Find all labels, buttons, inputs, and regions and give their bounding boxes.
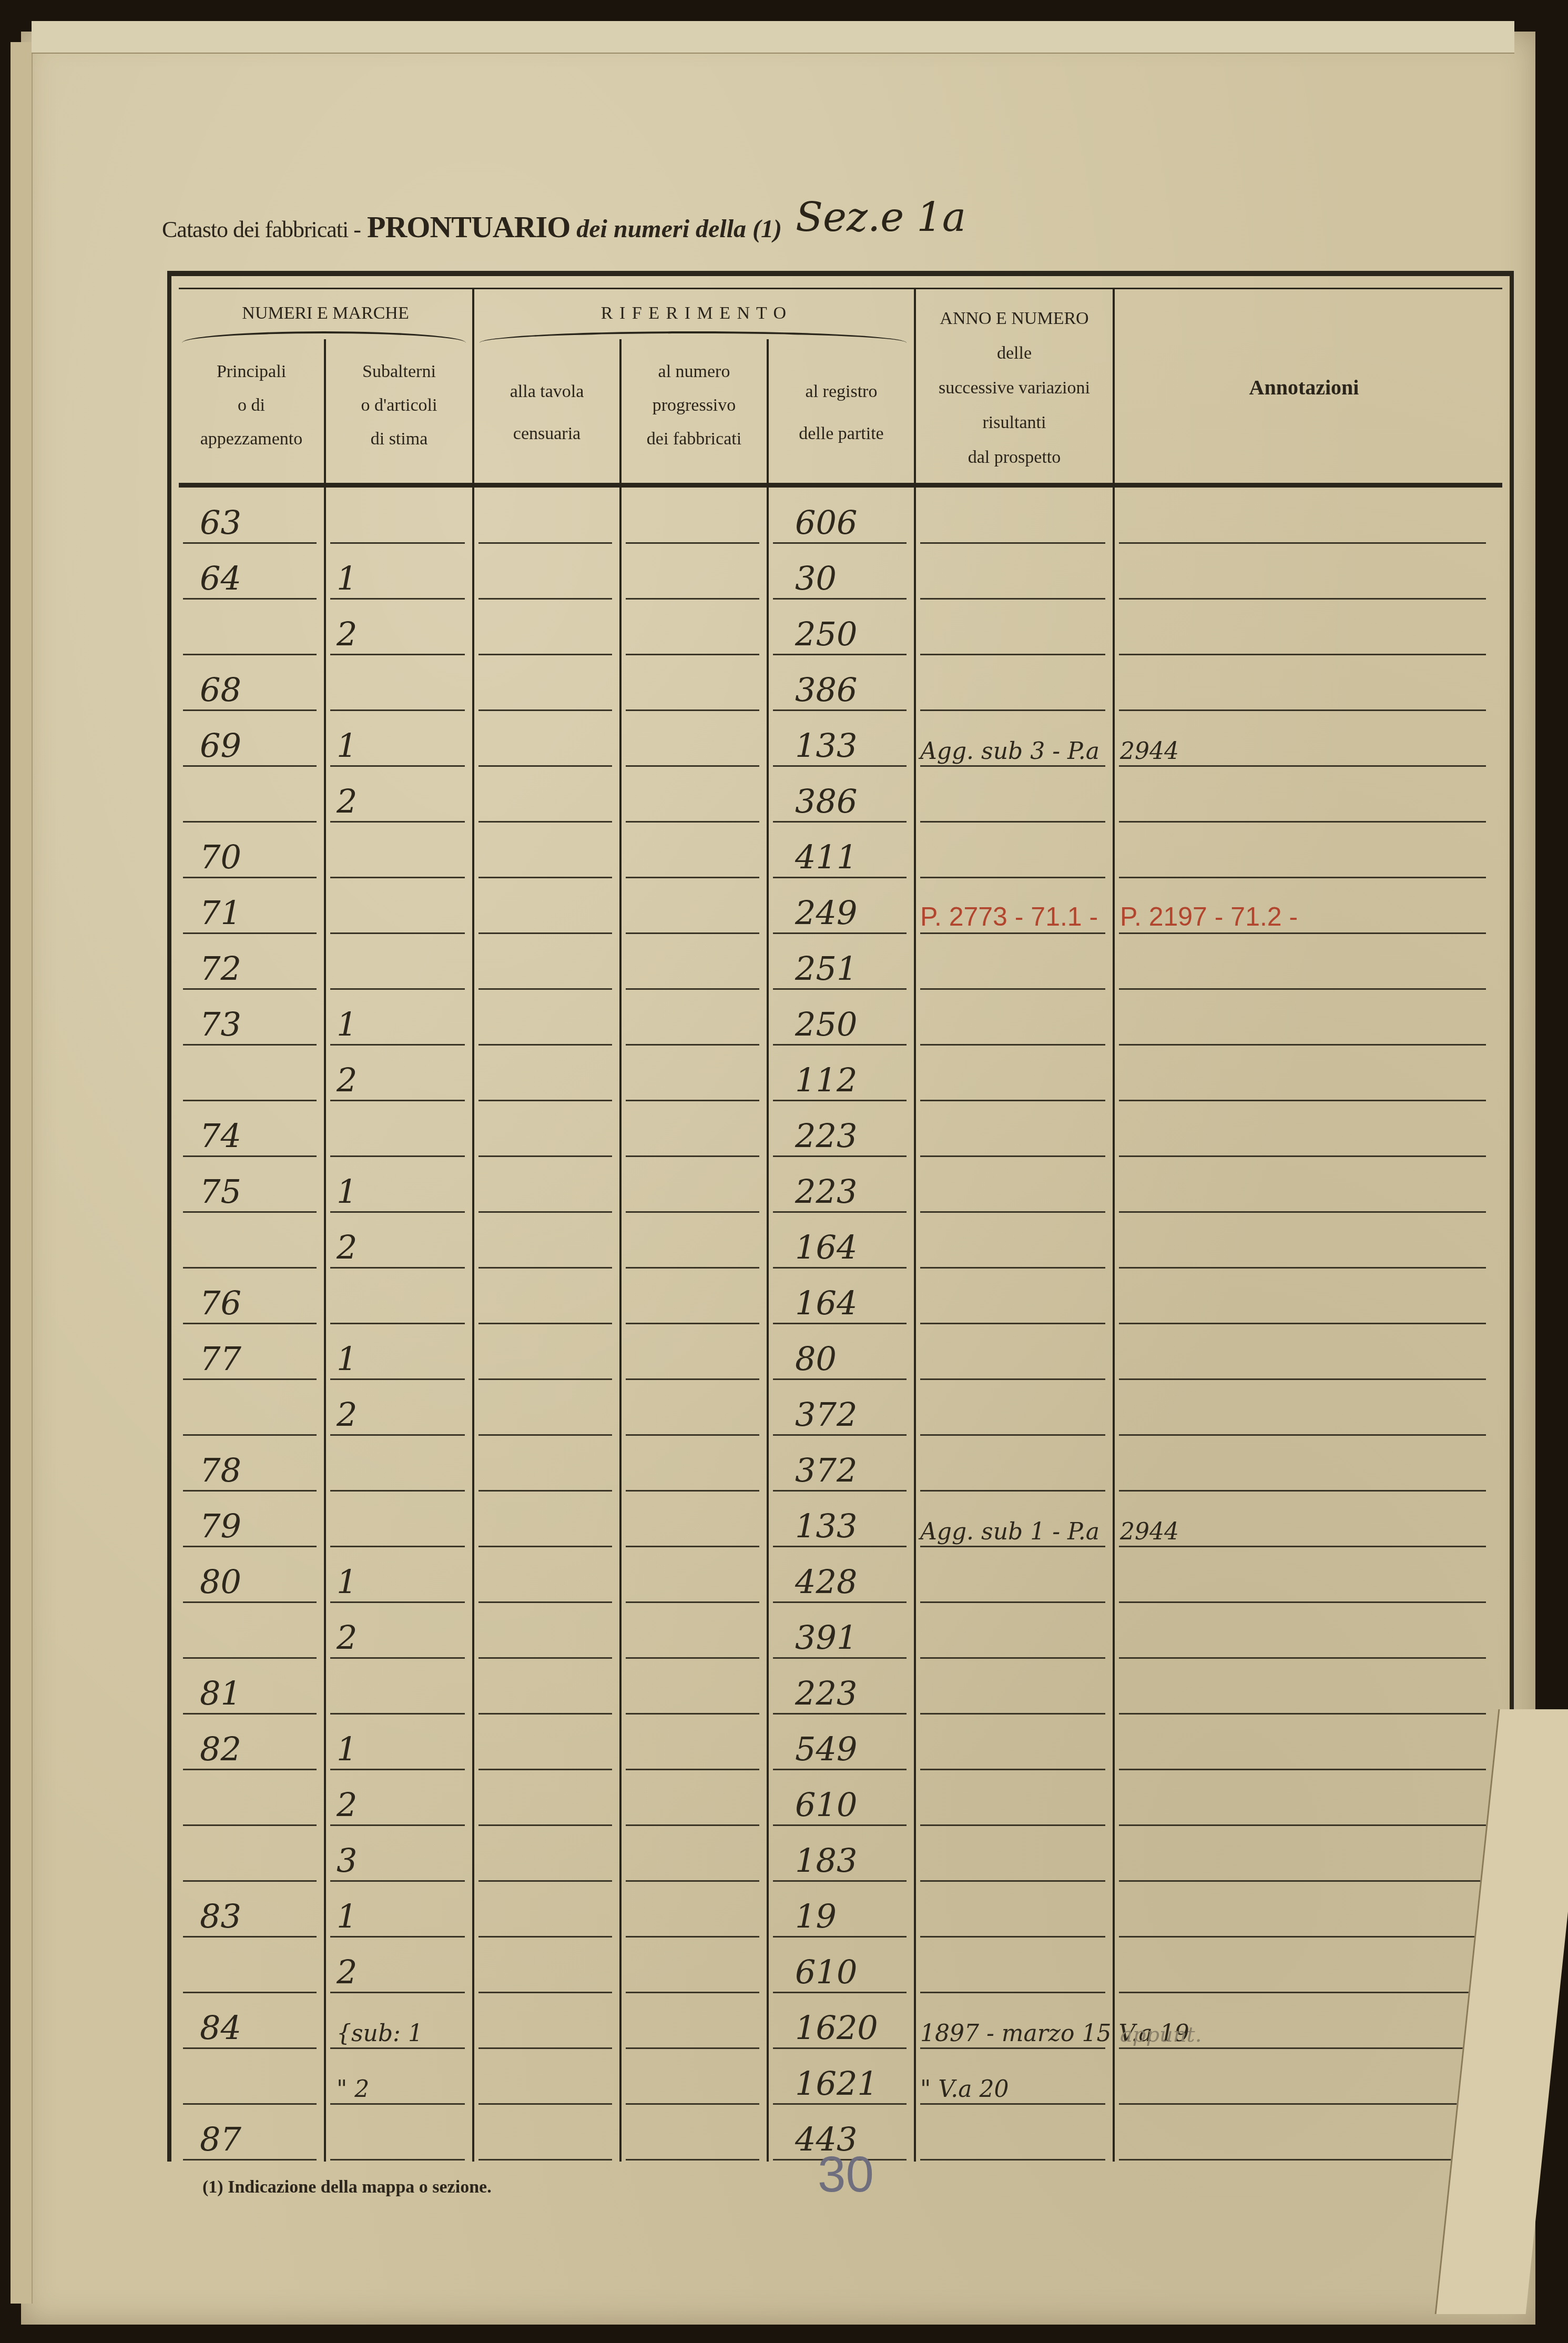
row-rule [1119,2159,1486,2161]
table-row: 72251 [171,934,1510,990]
cell-registro: 610 [795,1953,857,1991]
cell-registro: 250 [795,615,857,653]
cell-subalterni: 1 [337,1005,357,1043]
cell-principali: 72 [200,949,241,988]
page-stack-left-edge [11,42,33,2304]
row-rule [478,2159,612,2161]
cell-subalterni: 2 [337,1786,357,1824]
cell-registro: 250 [795,1005,857,1043]
cell-subalterni: 1 [337,1340,357,1378]
cell-subalterni: 1 [337,726,357,765]
cell-subalterni: 1 [337,1563,357,1601]
cell-registro: 1620 [795,2009,878,2047]
cell-registro: 164 [795,1284,857,1322]
cell-principali: 71 [200,894,241,932]
cell-subalterni: 2 [337,1395,357,1434]
cell-registro: 80 [795,1340,837,1378]
cell-registro: 223 [795,1674,857,1712]
table-row: 731250 [171,990,1510,1046]
cell-registro: 391 [795,1618,857,1657]
cell-registro: 606 [795,503,857,542]
cell-subalterni: {sub: 1 [337,2020,423,2047]
page-title: Catasto dei fabbricati - PRONTUARIO dei … [162,200,966,247]
table-row: 3183 [171,1826,1510,1882]
cell-principali: 80 [200,1563,241,1601]
table-row: 2164 [171,1213,1510,1269]
header-annotazioni: Annotazioni [1115,371,1493,404]
cell-principali: 64 [200,559,241,597]
table-row: 2386 [171,767,1510,823]
cell-subalterni: 1 [337,1730,357,1768]
cell-registro: 372 [795,1451,857,1489]
table-row: 2372 [171,1380,1510,1436]
table-row: 751223 [171,1157,1510,1213]
group-header-numeri: NUMERI E MARCHE [179,303,472,323]
row-rule [330,2159,465,2161]
cell-principali: 73 [200,1005,241,1043]
table-row: 83119 [171,1882,1510,1938]
cell-principali: 83 [200,1897,241,1935]
cell-subalterni: 1 [337,1172,357,1211]
prontuario-table: NUMERI E MARCHE R I F E R I M E N T O Pr… [167,271,1514,2162]
header-bottom-rule [179,483,1502,488]
page-number: 30 [818,2146,874,2204]
table-row: 691133Agg. sub 3 - P.a2944 [171,711,1510,767]
cell-registro: 19 [795,1897,837,1935]
table-row: " 21621" V.a 20 [171,2049,1510,2105]
cell-registro: 411 [795,838,857,876]
cell-annotazioni: 2944 [1120,738,1179,765]
header-tavola: alla tavola censuaria [474,371,619,455]
cell-principali: 82 [200,1730,241,1768]
cell-registro: 183 [795,1841,857,1880]
cell-subalterni: 2 [337,1061,357,1099]
cell-registro: 386 [795,782,857,820]
cell-anno-numero: Agg. sub 3 - P.a [920,738,1099,765]
table-row: 2391 [171,1603,1510,1659]
cell-anno-numero: Agg. sub 1 - P.a [920,1518,1099,1545]
table-row: 2610 [171,1938,1510,1993]
table-row: 74223 [171,1101,1510,1157]
cell-subalterni: 1 [337,1897,357,1935]
header-anno-numero: ANNO E NUMERO delle successive variazion… [916,301,1113,475]
cell-subalterni: 2 [337,1228,357,1266]
group-header-riferimento: R I F E R I M E N T O [474,303,914,323]
cell-registro: 164 [795,1228,857,1266]
cell-registro: 610 [795,1786,857,1824]
cell-registro: 223 [795,1172,857,1211]
cell-annotazioni: appunt. [1120,2023,1202,2047]
cell-anno-numero: P. 2773 - 71.1 - [920,901,1098,932]
cell-principali: 75 [200,1172,241,1211]
title-main: PRONTUARIO [367,210,570,244]
row-rule [626,2159,759,2161]
cell-principali: 69 [200,726,241,765]
cell-principali: 76 [200,1284,241,1322]
cell-principali: 68 [200,671,241,709]
header-principali: Principali o di appezzamento [179,355,324,456]
table-row: 81223 [171,1659,1510,1715]
table-row: 78372 [171,1436,1510,1492]
cell-subalterni: 3 [337,1841,357,1880]
cell-principali: 79 [200,1507,241,1545]
inner-top-rule [179,288,1502,289]
cell-principali: 70 [200,838,241,876]
cell-registro: 223 [795,1117,857,1155]
cell-anno-numero: " V.a 20 [920,2076,1009,2103]
table-row: 76164 [171,1269,1510,1324]
cell-subalterni: 2 [337,615,357,653]
title-prefix: Catasto dei fabbricati - [162,217,361,242]
cell-annotazioni: 2944 [1120,1518,1179,1545]
row-rule [920,2159,1105,2161]
header-registro: al registro delle partite [769,371,914,455]
table-row: 2610 [171,1770,1510,1826]
table-row: 79133Agg. sub 1 - P.a2944 [171,1492,1510,1547]
table-row: 70411 [171,823,1510,878]
cell-registro: 386 [795,671,857,709]
table-row: 63606 [171,488,1510,544]
handwritten-section: Sez.e 1a [796,194,966,240]
table-row: 84{sub: 116201897 - marzo 15 V.a 19appun… [171,1993,1510,2049]
table-row: 801428 [171,1547,1510,1603]
cell-principali: 87 [200,2120,241,2158]
cell-annotazioni: P. 2197 - 71.2 - [1120,901,1298,932]
row-rule [183,2159,317,2161]
cell-registro: 1621 [795,2064,878,2103]
cell-principali: 84 [200,2009,241,2047]
table-row: 821549 [171,1715,1510,1770]
cell-principali: 78 [200,1451,241,1489]
cell-registro: 112 [795,1061,857,1099]
title-suffix: dei numeri della (1) [576,215,782,243]
footnote: (1) Indicazione della mappa o sezione. [202,2177,492,2197]
cell-principali: 74 [200,1117,241,1155]
table-row: 77180 [171,1324,1510,1380]
brace-riferimento [480,331,907,343]
cell-registro: 30 [795,559,837,597]
cell-principali: 77 [200,1340,241,1378]
table-row: 2112 [171,1046,1510,1101]
cell-registro: 251 [795,949,857,988]
cell-registro: 249 [795,894,857,932]
brace-numeri [182,331,466,343]
table-row: 64130 [171,544,1510,600]
cell-subalterni: 2 [337,782,357,820]
page-torn-top-edge [32,21,1514,54]
cell-subalterni: 2 [337,1953,357,1991]
table-row: 68386 [171,655,1510,711]
cell-registro: 133 [795,726,857,765]
table-row: 2250 [171,600,1510,655]
header-numero-progressivo: al numero progressivo dei fabbricati [622,355,767,456]
cell-subalterni: " 2 [337,2076,369,2103]
cell-registro: 549 [795,1730,857,1768]
cell-subalterni: 1 [337,559,357,597]
cell-principali: 81 [200,1674,241,1712]
header-subalterni: Subalterni o d'articoli di stima [326,355,472,456]
cell-registro: 133 [795,1507,857,1545]
cell-subalterni: 2 [337,1618,357,1657]
cell-registro: 372 [795,1395,857,1434]
cell-registro: 428 [795,1563,857,1601]
table-row: 71249P. 2773 - 71.1 -P. 2197 - 71.2 - [171,878,1510,934]
cell-principali: 63 [200,503,241,542]
